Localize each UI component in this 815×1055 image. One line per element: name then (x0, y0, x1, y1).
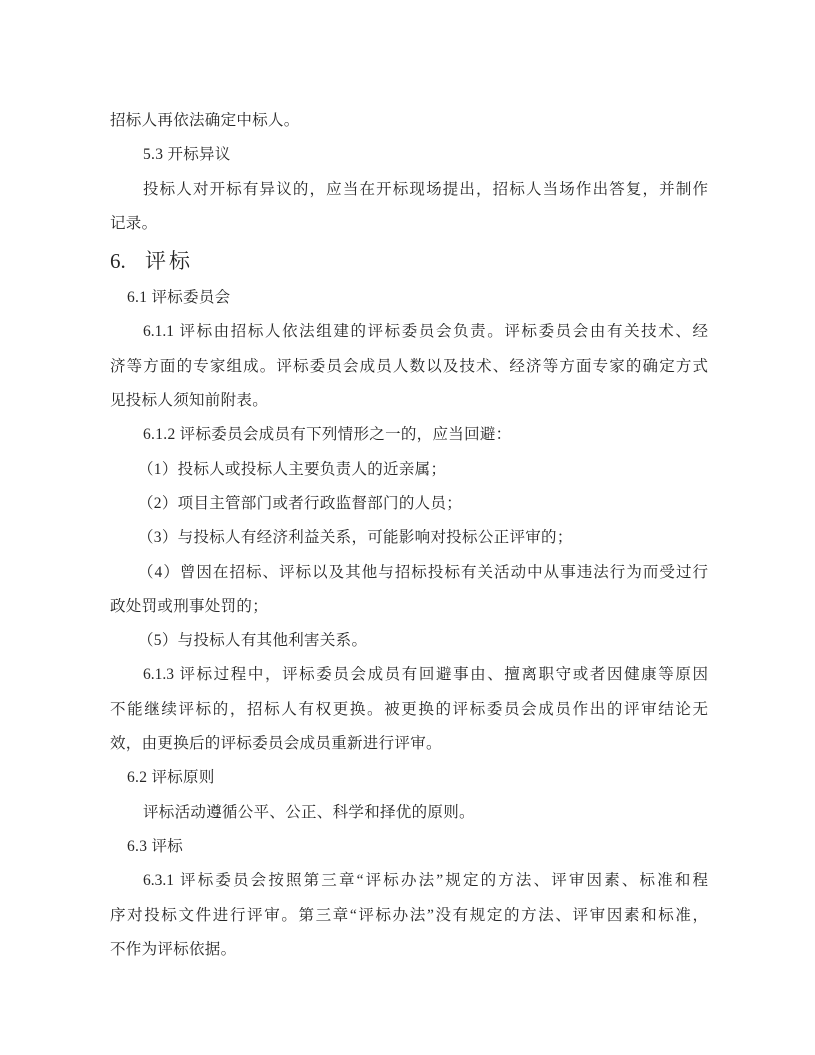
paragraph-line: 评标活动遵循公平、公正、科学和择优的原则。 (110, 796, 708, 830)
list-item-line: （1）投标人或投标人主要负责人的近亲属； (110, 453, 708, 487)
chapter-title: 评标 (145, 249, 193, 273)
list-item-line: （3）与投标人有经济利益关系，可能影响对投标公正评审的； (110, 521, 708, 555)
document-body: 招标人再依法确定中标人。5.3 开标异议投标人对开标有异议的，应当在开标现场提出… (110, 104, 708, 967)
paragraph-line: 不作为评标依据。 (110, 933, 708, 967)
document-page: 招标人再依法确定中标人。5.3 开标异议投标人对开标有异议的，应当在开标现场提出… (0, 0, 815, 1055)
chapter-number: 6. (110, 241, 145, 281)
section-heading-6-1: 6.1 评标委员会 (110, 281, 708, 315)
list-item-line: （4）曾因在招标、评标以及其他与招标投标有关活动中从事违法行为而受过行 (110, 556, 708, 590)
paragraph-line: 政处罚或刑事处罚的； (110, 590, 708, 624)
paragraph-line: 招标人再依法确定中标人。 (110, 104, 708, 138)
section-heading-5-3: 5.3 开标异议 (110, 138, 708, 172)
paragraph-line: 6.1.2 评标委员会成员有下列情形之一的，应当回避： (110, 418, 708, 452)
paragraph-line: 序对投标文件进行评审。第三章“评标办法”没有规定的方法、评审因素和标准， (110, 899, 708, 933)
paragraph-line: 投标人对开标有异议的，应当在开标现场提出，招标人当场作出答复，并制作 (110, 173, 708, 207)
paragraph-line: 效，由更换后的评标委员会成员重新进行评审。 (110, 727, 708, 761)
chapter-heading-6: 6.评标 (110, 241, 708, 281)
paragraph-line: 6.1.1 评标由招标人依法组建的评标委员会负责。评标委员会由有关技术、经 (110, 315, 708, 349)
section-heading-6-3: 6.3 评标 (110, 830, 708, 864)
list-item-line: （2）项目主管部门或者行政监督部门的人员； (110, 487, 708, 521)
paragraph-line: 见投标人须知前附表。 (110, 384, 708, 418)
list-item-line: （5）与投标人有其他利害关系。 (110, 624, 708, 658)
paragraph-line: 6.3.1 评标委员会按照第三章“评标办法”规定的方法、评审因素、标准和程 (110, 864, 708, 898)
paragraph-line: 记录。 (110, 207, 708, 241)
section-heading-6-2: 6.2 评标原则 (110, 761, 708, 795)
paragraph-line: 济等方面的专家组成。评标委员会成员人数以及技术、经济等方面专家的确定方式 (110, 350, 708, 384)
paragraph-line: 6.1.3 评标过程中，评标委员会成员有回避事由、擅离职守或者因健康等原因 (110, 658, 708, 692)
paragraph-line: 不能继续评标的，招标人有权更换。被更换的评标委员会成员作出的评审结论无 (110, 693, 708, 727)
